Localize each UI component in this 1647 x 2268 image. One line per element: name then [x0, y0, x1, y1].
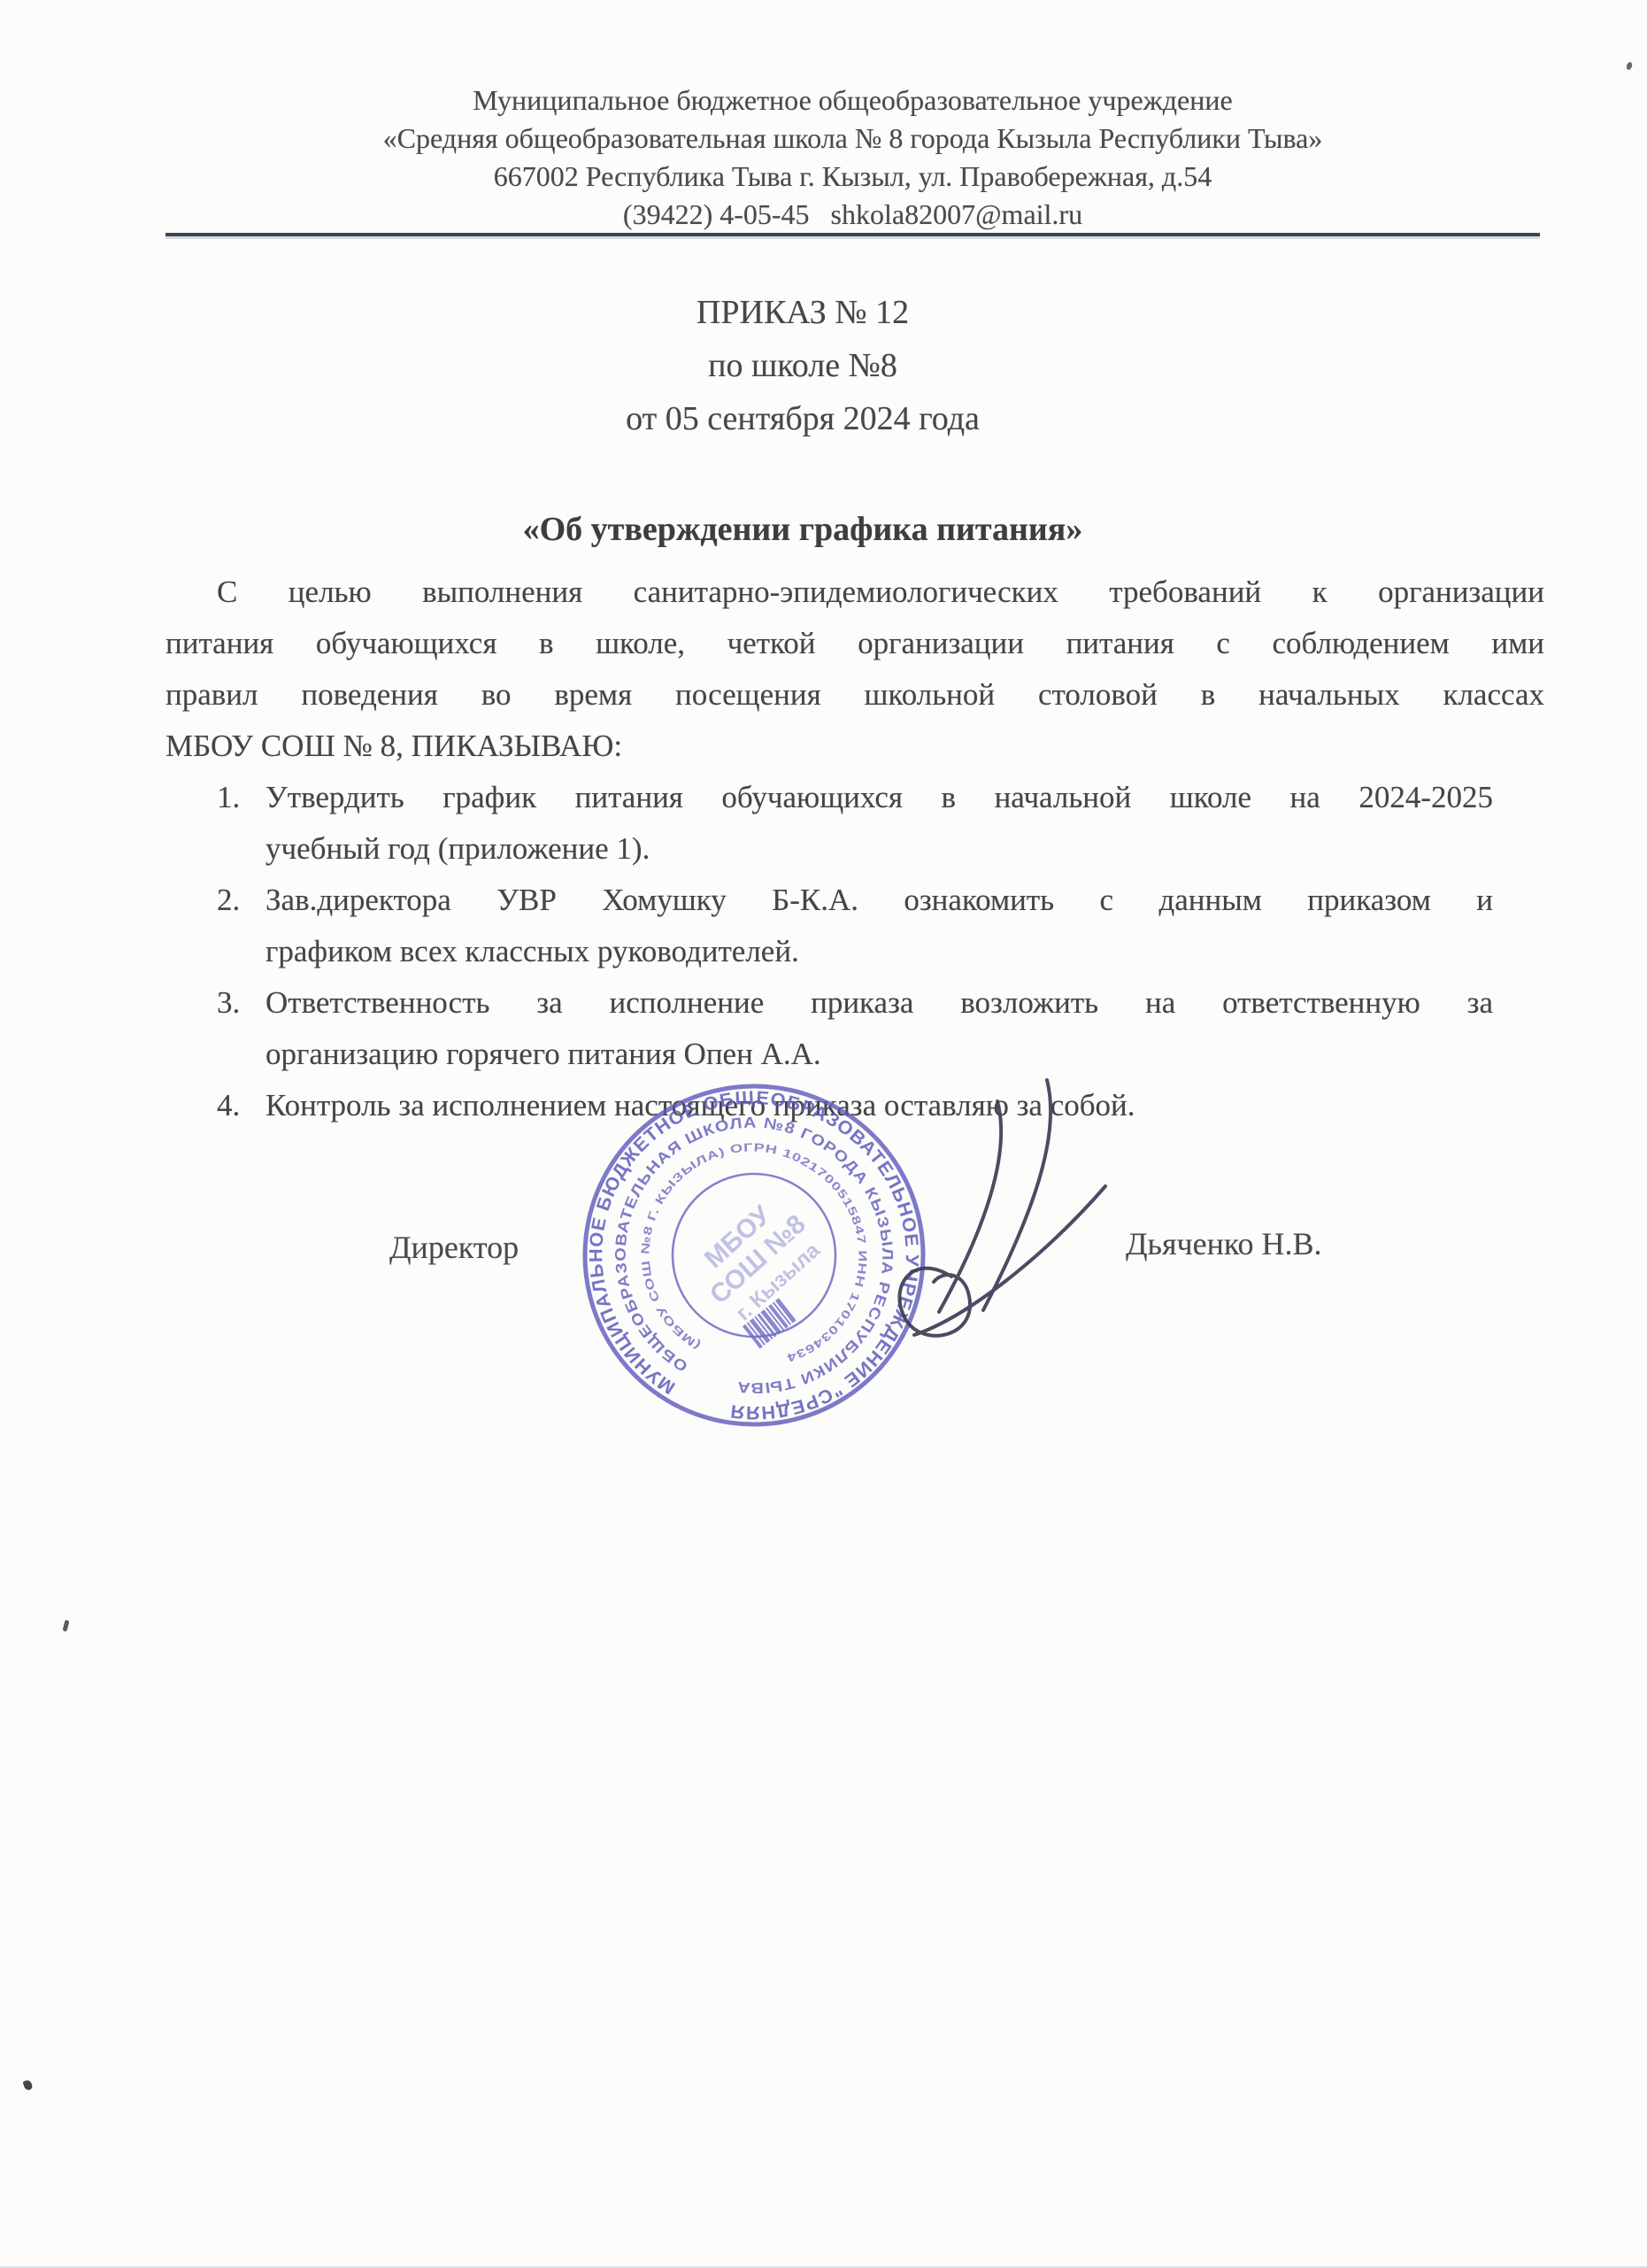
list-item: 1. Утвердить график питания обучающихся …	[217, 772, 1493, 875]
scan-artifact-speck	[23, 2079, 34, 2091]
scanned-order-document: Муниципальное бюджетное общеобразователь…	[0, 0, 1647, 2268]
signature-role-label: Директор	[389, 1229, 519, 1266]
item-text-line: Зав.директора УВР Хомушку Б-К.А. ознаком…	[266, 875, 1493, 926]
signature-name: Дьяченко Н.В.	[1126, 1225, 1322, 1262]
letterhead-line-phone-email: (39422) 4-05-45 shkola82007@mail.ru	[165, 196, 1540, 234]
item-text-line: Ответственность за исполнение приказа во…	[266, 977, 1493, 1029]
preamble-line: питания обучающихся в школе, четкой орга…	[165, 618, 1544, 669]
item-number: 3.	[217, 977, 266, 1029]
item-text: Зав.директора УВР Хомушку Б-К.А. ознаком…	[266, 875, 1493, 977]
item-number: 2.	[217, 875, 266, 926]
preamble-line: МБОУ СОШ № 8, ПИКАЗЫВАЮ:	[165, 721, 1544, 772]
order-number-line: ПРИКАЗ № 12	[165, 286, 1440, 339]
preamble-line: правил поведения во время посещения школ…	[165, 669, 1544, 721]
item-text-line: Утвердить график питания обучающихся в н…	[266, 772, 1493, 823]
order-date-line: от 05 сентября 2024 года	[165, 392, 1440, 445]
order-school-line: по школе №8	[165, 339, 1440, 392]
preamble-line: С целью выполнения санитарно-эпидемиолог…	[165, 567, 1544, 618]
item-number: 4.	[217, 1080, 266, 1131]
letterhead-line-address: 667002 Республика Тыва г. Кызыл, ул. Пра…	[165, 158, 1540, 196]
letterhead-divider-rule	[165, 233, 1540, 236]
scan-artifact-mark	[63, 1620, 70, 1632]
item-text: Утвердить график питания обучающихся в н…	[266, 772, 1493, 875]
order-preamble: С целью выполнения санитарно-эпидемиолог…	[165, 567, 1544, 772]
item-number: 1.	[217, 772, 266, 823]
letterhead: Муниципальное бюджетное общеобразователь…	[165, 81, 1540, 234]
letterhead-line-school-name: «Средняя общеобразовательная школа № 8 г…	[165, 120, 1540, 158]
order-subject: «Об утверждении графика питания»	[165, 510, 1440, 549]
item-text-line: учебный год (приложение 1).	[266, 823, 1493, 875]
scan-artifact-dot	[1626, 61, 1634, 71]
order-heading: ПРИКАЗ № 12 по школе №8 от 05 сентября 2…	[165, 286, 1440, 445]
director-signature-scribble	[810, 1055, 1128, 1365]
list-item: 2. Зав.директора УВР Хомушку Б-К.А. озна…	[217, 875, 1493, 977]
stamp-center-text: МБОУ СОШ №8 г. Кызыла	[684, 1187, 829, 1331]
item-text-line: графиком всех классных руководителей.	[266, 926, 1493, 977]
letterhead-line-organization: Муниципальное бюджетное общеобразователь…	[165, 81, 1540, 120]
